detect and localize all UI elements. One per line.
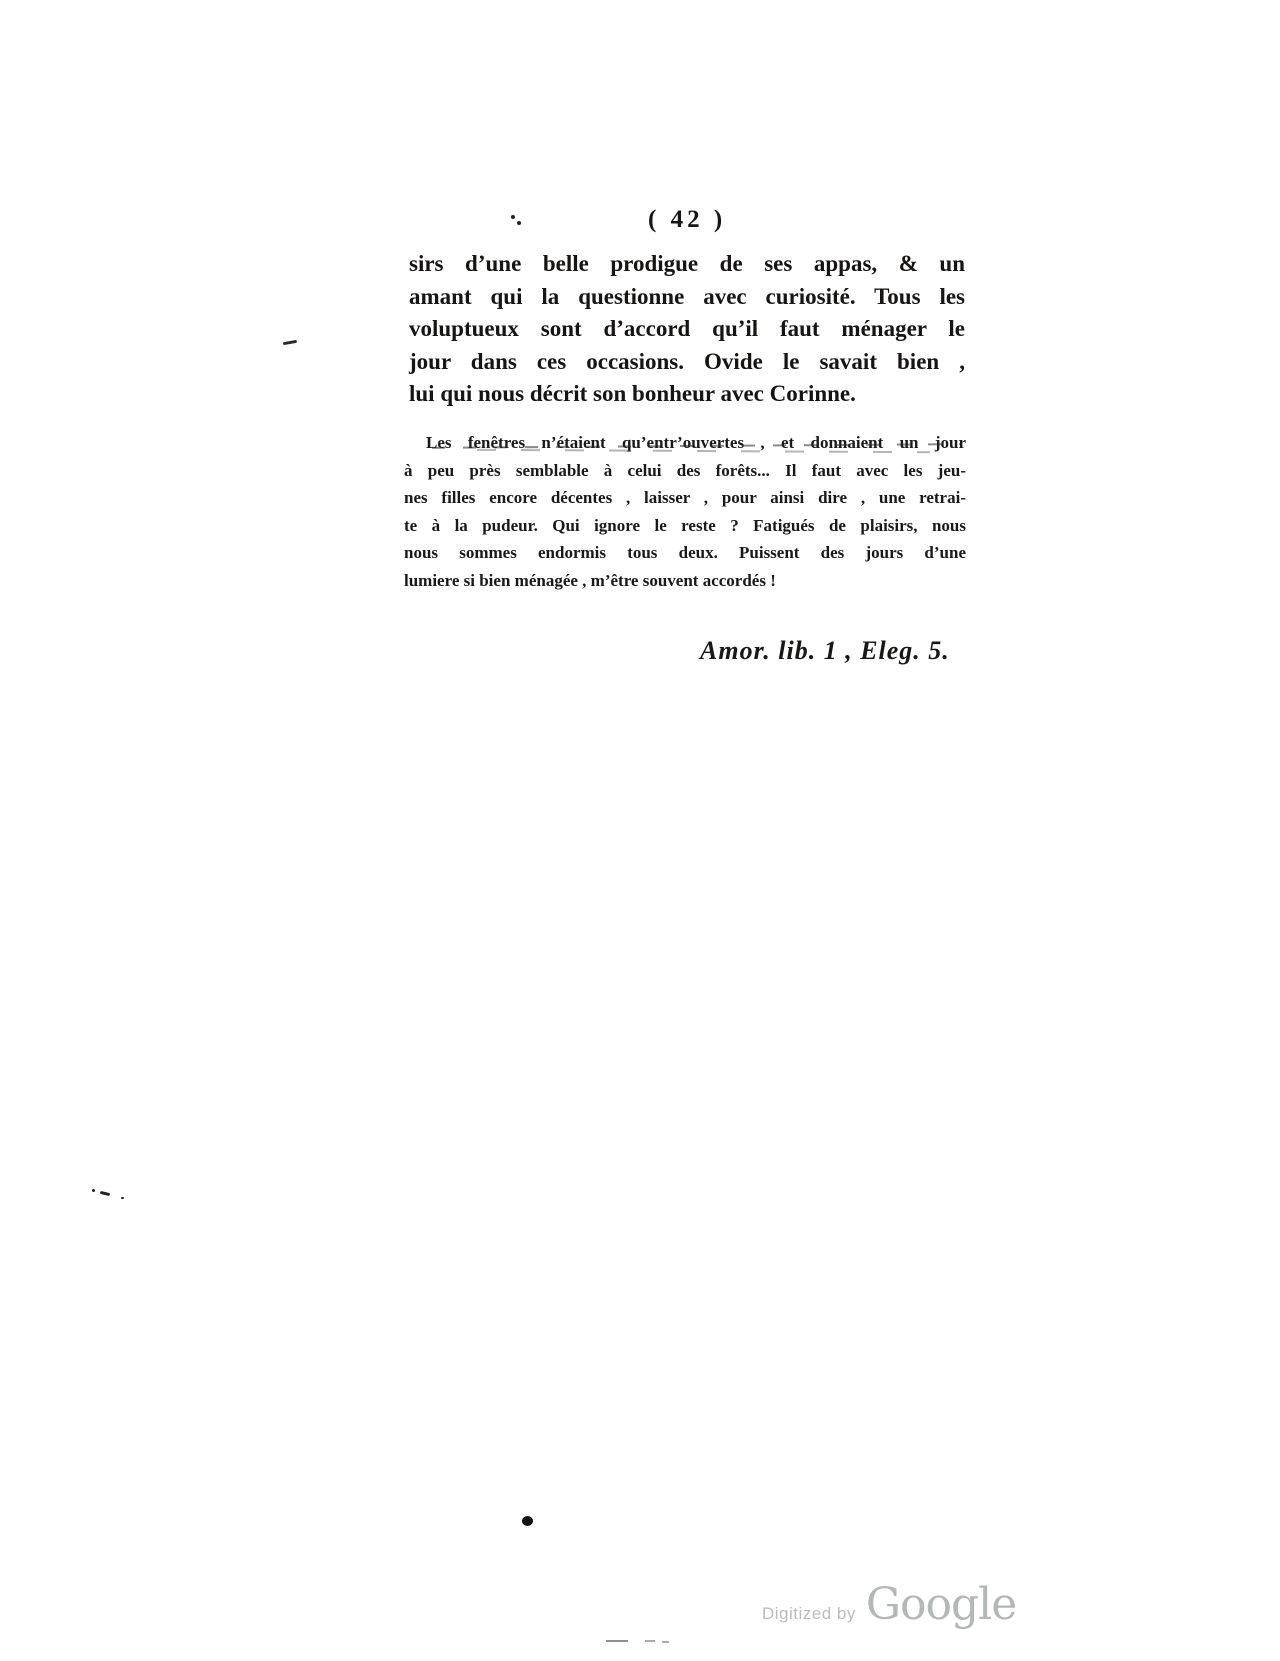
- text-line: sirs d’une belle prodigue de ses appas, …: [409, 248, 965, 281]
- text-line: amant qui la questionne avec curiosité. …: [409, 281, 965, 314]
- page-number: ( 42 ): [648, 206, 726, 234]
- ink-dash: [645, 1640, 655, 1642]
- ink-speck: [511, 215, 515, 219]
- main-paragraph: sirs d’une belle prodigue de ses appas, …: [409, 248, 965, 411]
- google-logo: Google: [866, 1583, 1016, 1627]
- text-line: lui qui nous décrit son bonheur avec Cor…: [409, 378, 965, 411]
- citation-reference: Amor. lib. 1 , Eleg. 5.: [700, 636, 950, 666]
- quote-line: lumiere si bien ménagée , m’être souvent…: [404, 567, 966, 595]
- digitized-by-label: Digitized by: [762, 1604, 856, 1624]
- ink-dash: [283, 340, 297, 345]
- quote-line: nous sommes endormis tous deux. Puissent…: [404, 539, 966, 567]
- ink-dash: [662, 1641, 669, 1643]
- ink-speck: [121, 1197, 124, 1199]
- quote-line: nes filles encore décentes , laisser , p…: [404, 484, 966, 512]
- watermark: Digitized by Google: [762, 1583, 1016, 1627]
- ink-squiggle: [100, 1191, 110, 1196]
- text-line: voluptueux sont d’accord qu’il faut ména…: [409, 313, 965, 346]
- quote-line: te à la pudeur. Qui ignore le reste ? Fa…: [404, 512, 966, 540]
- ink-blot: [522, 1516, 533, 1526]
- ink-speck: [517, 221, 521, 225]
- quote-line: à peu près semblable à celui des forêts.…: [404, 457, 966, 485]
- ink-dash: [606, 1640, 628, 1642]
- quote-line: Les fenêtres n’étaient qu’entr’ouvertes …: [404, 429, 966, 457]
- quote-paragraph: Les fenêtres n’étaient qu’entr’ouvertes …: [404, 429, 966, 594]
- scanned-book-page: ( 42 ) sirs d’une belle prodigue de ses …: [0, 0, 1280, 1661]
- ink-speck: [92, 1189, 95, 1192]
- text-line: jour dans ces occasions. Ovide le savait…: [409, 346, 965, 379]
